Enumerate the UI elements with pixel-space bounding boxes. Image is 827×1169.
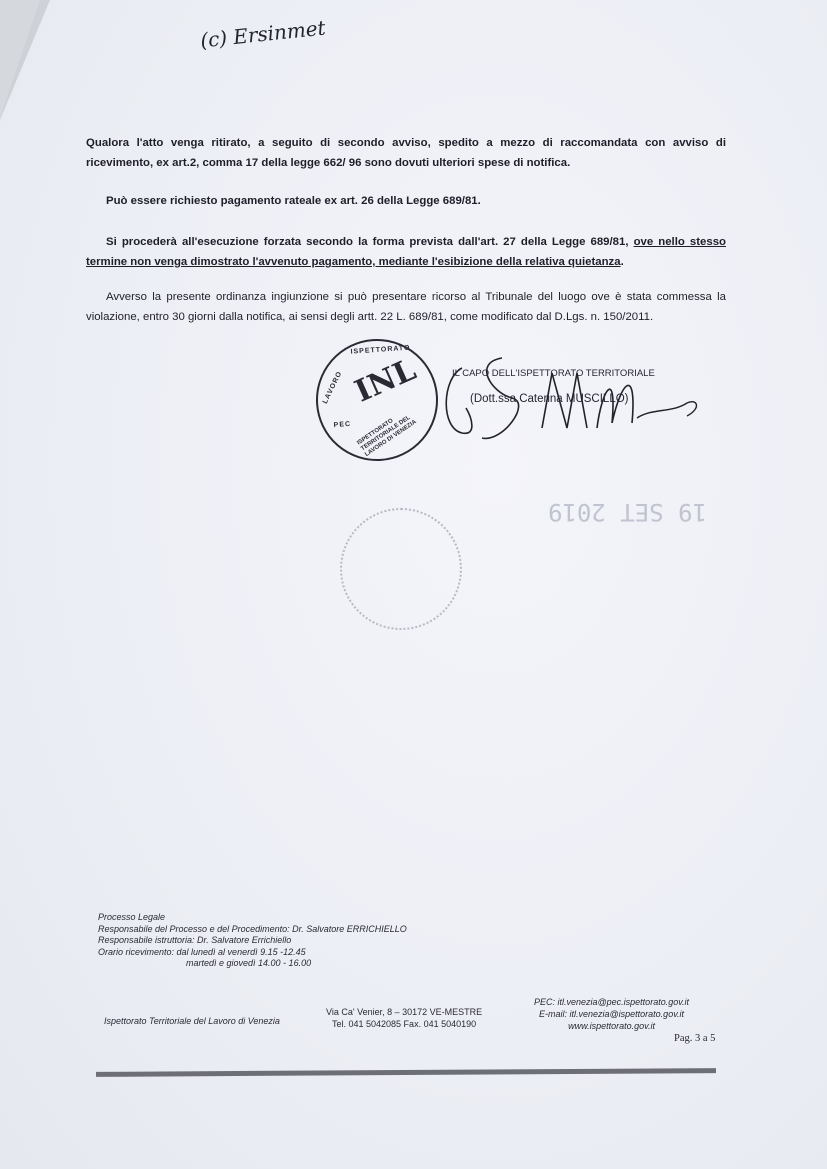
paragraph-installments: Può essere richiesto pagamento rateale e… [86, 191, 726, 211]
footer-office-name: Ispettorato Territoriale del Lavoro di V… [104, 1016, 280, 1026]
footer-address: Via Ca' Venier, 8 – 30172 VE-MESTRE [326, 1006, 482, 1018]
footer-process-name: Processo Legale [98, 912, 407, 924]
footer-process-manager: Responsabile del Processo e del Procedim… [98, 924, 407, 936]
footer-office-hours-afternoon: martedì e giovedì 14.00 - 16.00 [98, 958, 407, 970]
stamp-ring-bottom: PEC [333, 421, 351, 429]
footer-address-block: Via Ca' Venier, 8 – 30172 VE-MESTRE Tel.… [326, 1006, 482, 1030]
page-corner-shadow-inner [0, 0, 40, 118]
footer-contacts: PEC: itl.venezia@pec.ispettorato.gov.it … [534, 996, 689, 1032]
signatory-title: IL CAPO DELL'ISPETTORATO TERRITORIALE [452, 368, 655, 379]
stamp-ring-left: LAVORO [322, 370, 344, 405]
enforcement-text: Si procederà all'esecuzione forzata seco… [106, 236, 634, 248]
faint-stamp-bleed-through [340, 508, 462, 630]
page-number: Pag. 3 a 5 [674, 1033, 715, 1044]
inl-logo-icon: INL [350, 365, 397, 418]
paragraph-enforcement: Si procederà all'esecuzione forzata seco… [86, 232, 726, 272]
footer-pec: PEC: itl.venezia@pec.ispettorato.gov.it [534, 996, 689, 1008]
footer-office-hours: Orario ricevimento: dal lunedì al venerd… [98, 947, 407, 959]
footer-email: E-mail: itl.venezia@ispettorato.gov.it [534, 1008, 689, 1020]
date-stamp-bleed-through: 19 SET 2019 [548, 498, 707, 526]
signatory-name: (Dott.ssa Caterina MUSCILLO) [470, 393, 629, 405]
footer-website: www.ispettorato.gov.it [534, 1020, 689, 1032]
paragraph-appeal: Avverso la presente ordinanza ingiunzion… [86, 287, 726, 327]
footer-phone: Tel. 041 5042085 Fax. 041 5040190 [326, 1018, 482, 1030]
paragraph-notification-fees: Qualora l'atto venga ritirato, a seguito… [86, 133, 726, 173]
footer-process-info: Processo Legale Responsabile del Process… [98, 912, 407, 970]
footer-investigation-manager: Responsabile istruttoria: Dr. Salvatore … [98, 935, 407, 947]
enforcement-end: . [621, 256, 624, 268]
